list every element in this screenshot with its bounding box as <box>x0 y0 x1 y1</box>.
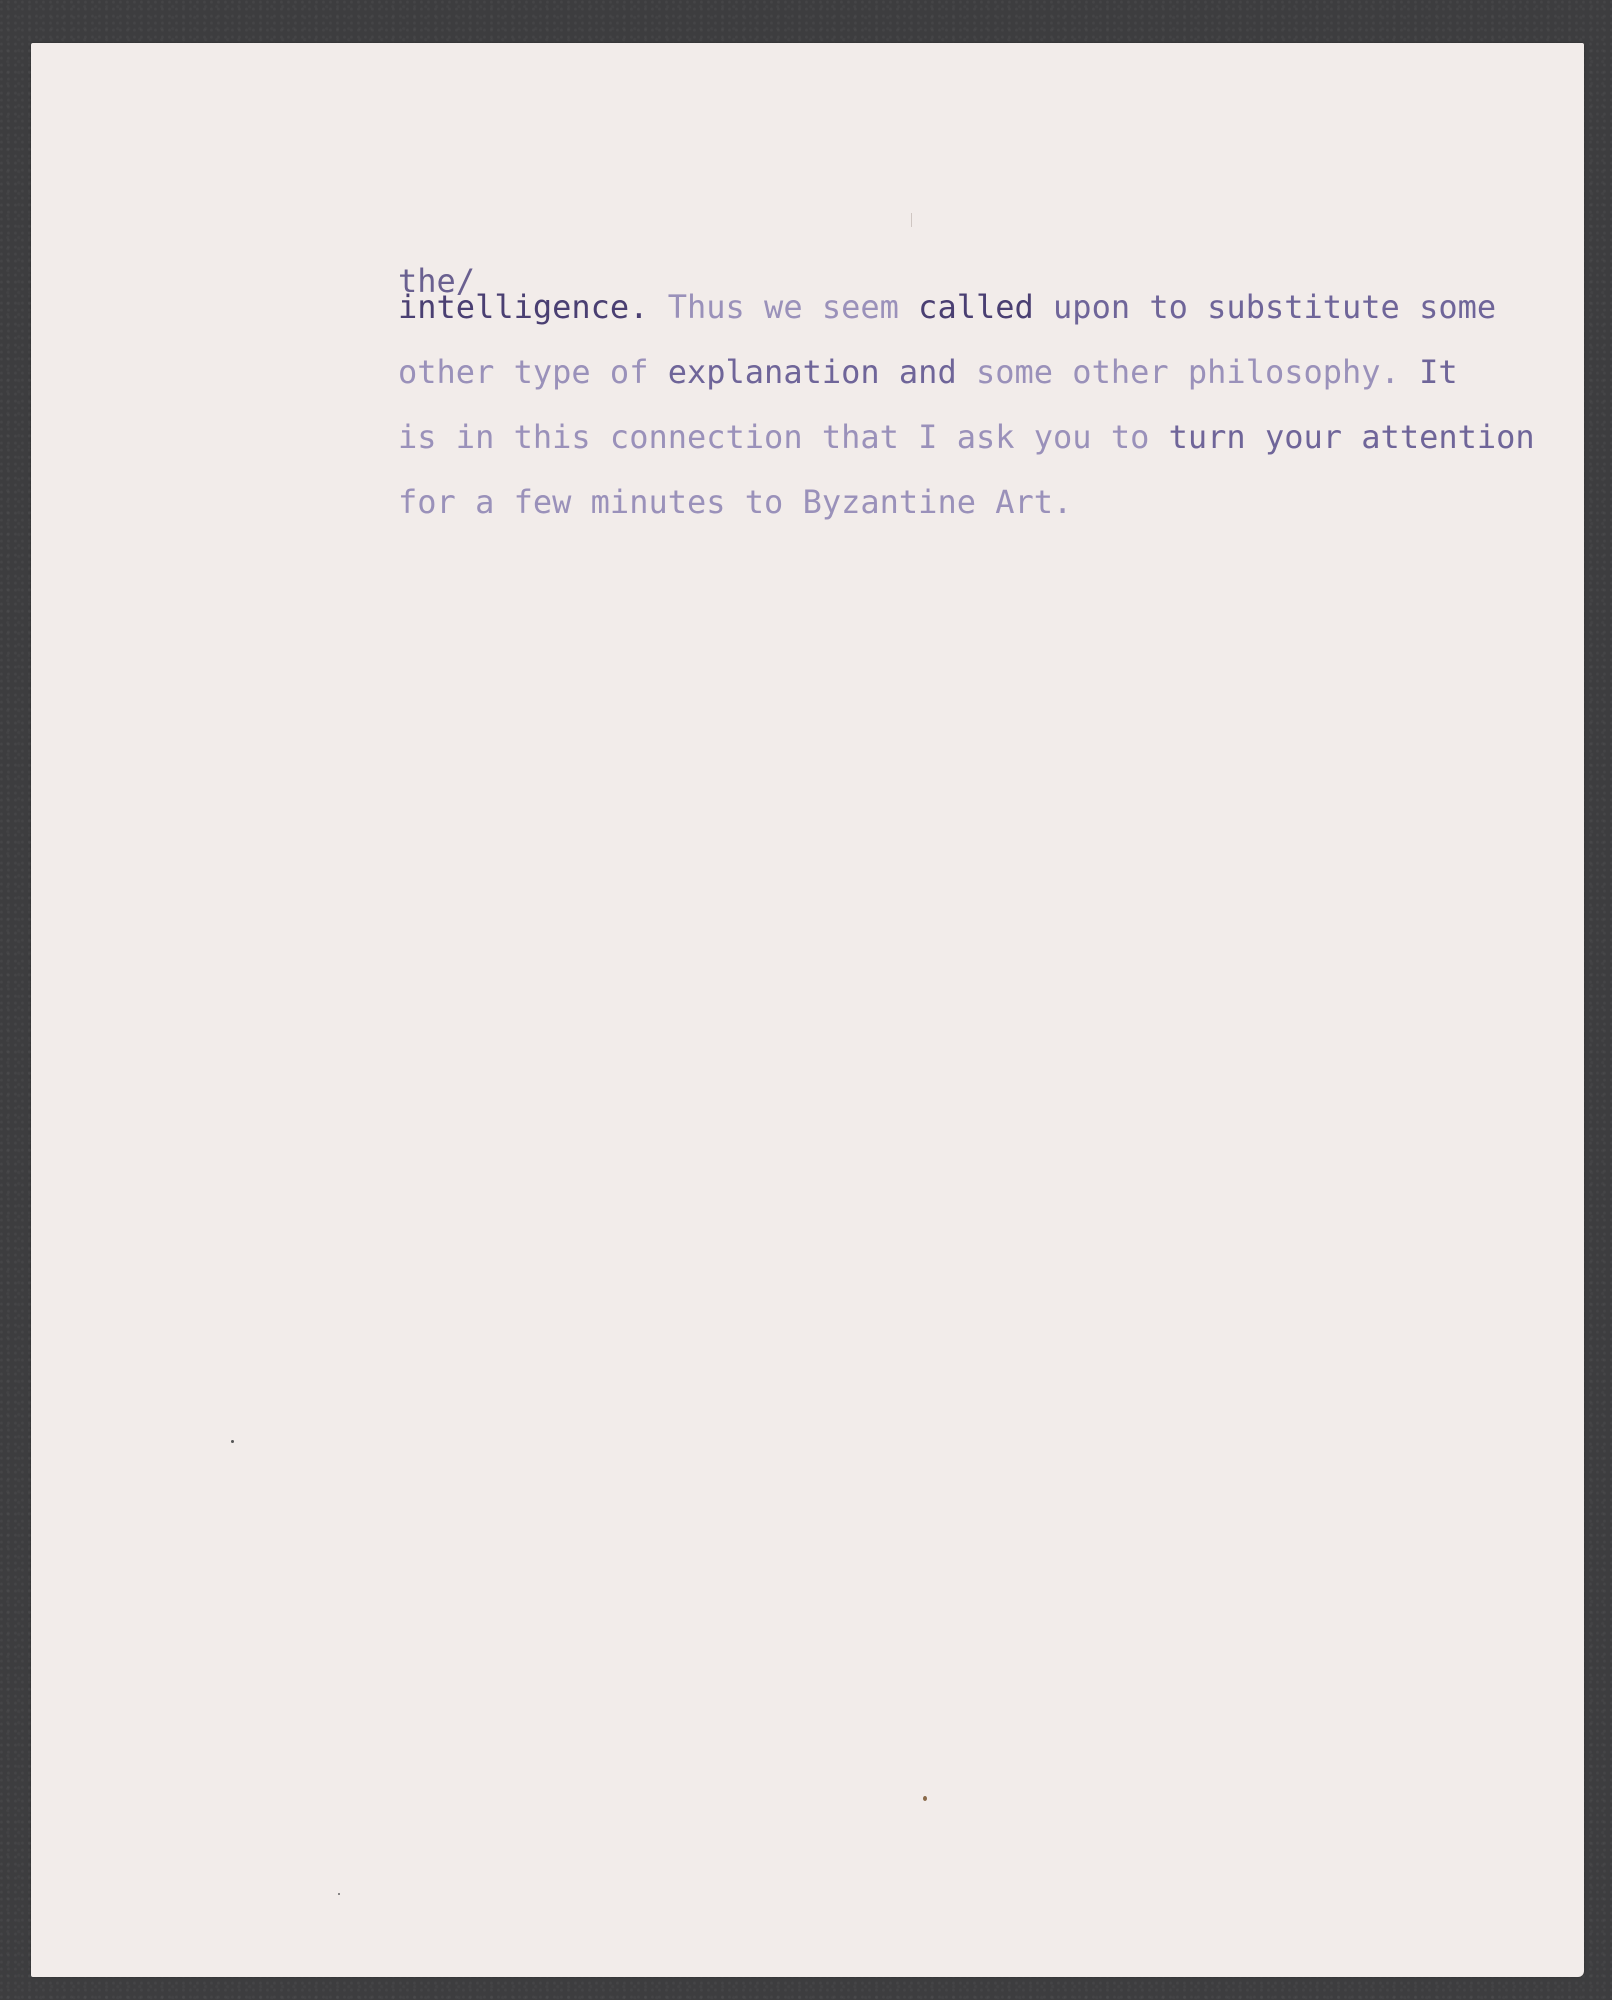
text-segment: for a few minutes to Byzantine Art. <box>398 483 1072 521</box>
text-segment: upon to substitute some <box>1053 288 1496 326</box>
text-segment: explanation and <box>668 353 976 391</box>
paper-speck <box>923 1796 927 1801</box>
paper-speck <box>338 1893 340 1895</box>
text-segment: turn your <box>1169 418 1362 456</box>
paper-sheet: the/ intelligence. Thus we seem called u… <box>31 43 1584 1977</box>
text-segment: Thus we seem <box>668 288 918 326</box>
text-line-4: for a few minutes to Byzantine Art. <box>398 486 1072 518</box>
text-segment: called <box>918 288 1053 326</box>
text-line-2: other type of explanation and some other… <box>398 356 1458 388</box>
text-segment: intelligence. <box>398 288 668 326</box>
text-segment: other type of <box>398 353 668 391</box>
text-segment: some other philosophy. <box>976 353 1419 391</box>
text-segment: It <box>1419 353 1458 391</box>
text-segment: attention <box>1361 418 1534 456</box>
text-segment: is in this connection that I ask you to <box>398 418 1169 456</box>
text-line-1: intelligence. Thus we seem called upon t… <box>398 291 1496 323</box>
paper-speck <box>231 1440 234 1443</box>
text-line-3: is in this connection that I ask you to … <box>398 421 1535 453</box>
paper-speck <box>911 213 912 227</box>
